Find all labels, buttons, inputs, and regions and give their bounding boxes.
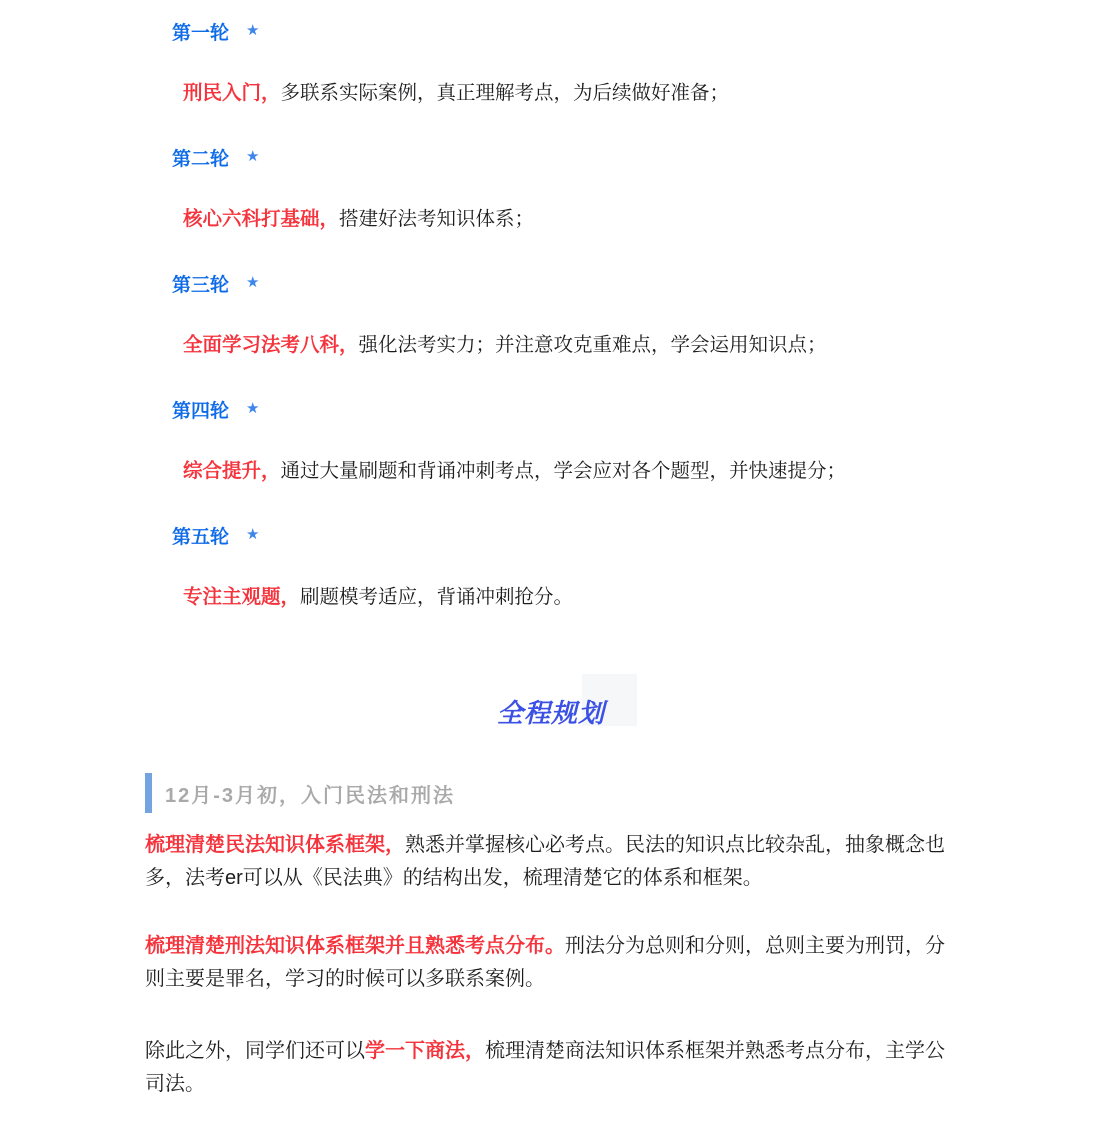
round-text: 刷题模考适应，背诵冲刺抢分。 xyxy=(300,586,573,608)
article-page: 第一轮★ 刑民入门，多联系实际案例，真正理解考点，为后续做好准备； 第二轮★ 核… xyxy=(0,0,1102,1148)
round-description: 综合提升，通过大量刷题和背诵冲刺考点，学会应对各个题型，并快速提分； xyxy=(183,458,1102,484)
round-label: 第三轮 xyxy=(172,275,229,296)
round-text: 搭建好法考知识体系； xyxy=(339,208,534,230)
section-header: 12月-3月初，入门民法和刑法 xyxy=(145,773,1102,813)
plan-title: 全程规划 xyxy=(497,698,605,728)
star-icon: ★ xyxy=(246,400,259,417)
round-item: 第四轮★ 综合提升，通过大量刷题和背诵冲刺考点，学会应对各个题型，并快速提分； xyxy=(172,400,1102,484)
paragraph-commercial-law: 除此之外，同学们还可以学一下商法，梳理清楚商法知识体系框架并熟悉考点分布，主学公… xyxy=(145,1035,963,1101)
round-item: 第三轮★ 全面学习法考八科，强化法考实力；并注意攻克重难点，学会运用知识点； xyxy=(172,274,1102,358)
round-keyword: 综合提升， xyxy=(183,460,281,482)
round-description: 核心六科打基础，搭建好法考知识体系； xyxy=(183,206,1102,232)
star-icon: ★ xyxy=(246,274,259,291)
star-icon: ★ xyxy=(246,148,259,165)
round-text: 强化法考实力；并注意攻克重难点，学会运用知识点； xyxy=(359,334,827,356)
round-label: 第一轮 xyxy=(172,23,229,44)
round-keyword: 全面学习法考八科， xyxy=(183,334,359,356)
round-heading: 第四轮★ xyxy=(172,400,1102,425)
study-rounds-list: 第一轮★ 刑民入门，多联系实际案例，真正理解考点，为后续做好准备； 第二轮★ 核… xyxy=(0,0,1102,610)
round-heading: 第一轮★ xyxy=(172,22,1102,47)
round-description: 专注主观题，刷题模考适应，背诵冲刺抢分。 xyxy=(183,584,1102,610)
star-icon: ★ xyxy=(246,526,259,543)
paragraph-keyword: 梳理清楚民法知识体系框架， xyxy=(145,834,405,856)
round-heading: 第五轮★ xyxy=(172,526,1102,551)
paragraph-civil-law: 梳理清楚民法知识体系框架，熟悉并掌握核心必考点。民法的知识点比较杂乱，抽象概念也… xyxy=(145,829,963,895)
round-heading: 第三轮★ xyxy=(172,274,1102,299)
section-header-bar xyxy=(145,773,152,813)
round-label: 第四轮 xyxy=(172,401,229,422)
plan-title-row: 全程规划 xyxy=(0,698,1102,738)
paragraph-keyword: 梳理清楚刑法知识体系框架并且熟悉考点分布。 xyxy=(145,935,565,957)
round-keyword: 专注主观题， xyxy=(183,586,300,608)
round-text: 通过大量刷题和背诵冲刺考点，学会应对各个题型，并快速提分； xyxy=(281,460,847,482)
round-label: 第二轮 xyxy=(172,149,229,170)
round-item: 第二轮★ 核心六科打基础，搭建好法考知识体系； xyxy=(172,148,1102,232)
round-item: 第五轮★ 专注主观题，刷题模考适应，背诵冲刺抢分。 xyxy=(172,526,1102,610)
star-icon: ★ xyxy=(246,22,259,39)
paragraph-criminal-law: 梳理清楚刑法知识体系框架并且熟悉考点分布。刑法分为总则和分则，总则主要为刑罚，分… xyxy=(145,930,963,996)
paragraph-prefix: 除此之外，同学们还可以 xyxy=(145,1040,365,1062)
round-label: 第五轮 xyxy=(172,527,229,548)
round-keyword: 核心六科打基础， xyxy=(183,208,339,230)
round-heading: 第二轮★ xyxy=(172,148,1102,173)
round-item: 第一轮★ 刑民入门，多联系实际案例，真正理解考点，为后续做好准备； xyxy=(172,22,1102,106)
paragraph-keyword: 学一下商法， xyxy=(365,1040,485,1062)
round-description: 全面学习法考八科，强化法考实力；并注意攻克重难点，学会运用知识点； xyxy=(183,332,1102,358)
section-header-text: 12月-3月初，入门民法和刑法 xyxy=(165,779,455,808)
round-keyword: 刑民入门， xyxy=(183,82,281,104)
round-text: 多联系实际案例，真正理解考点，为后续做好准备； xyxy=(281,82,730,104)
round-description: 刑民入门，多联系实际案例，真正理解考点，为后续做好准备； xyxy=(183,80,1102,106)
